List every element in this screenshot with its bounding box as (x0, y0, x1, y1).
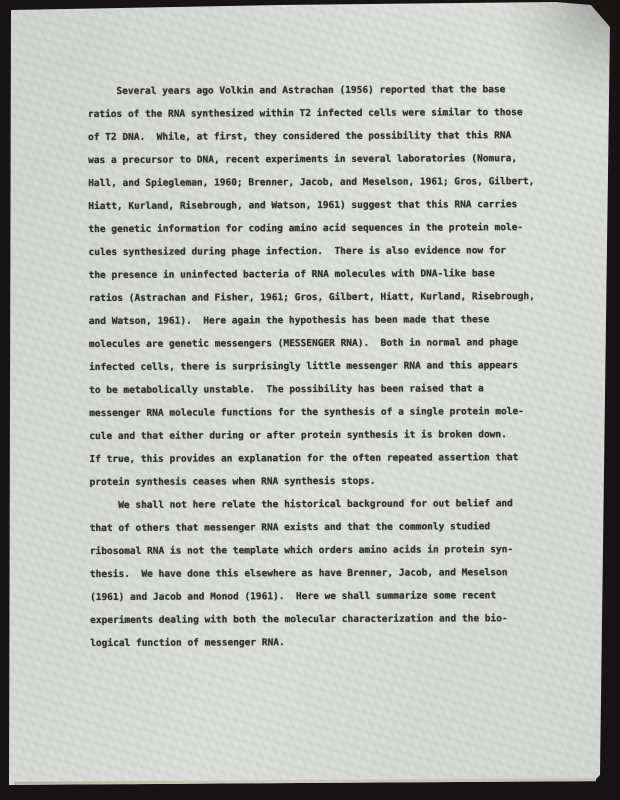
text-line: If true, this provides an explanation fo… (89, 446, 549, 471)
text-line: and Watson, 1961). Here again the hypoth… (89, 308, 549, 333)
text-line: was a precursor to DNA, recent experimen… (88, 147, 548, 172)
text-line: Several years ago Volkin and Astrachan (… (88, 78, 548, 103)
text-line: protein synthesis ceases when RNA synthe… (89, 469, 549, 494)
text-line: the genetic information for coding amino… (88, 216, 548, 241)
text-line: thesis. We have done this elsewhere as h… (90, 561, 550, 586)
text-line: ratios (Astrachan and Fisher, 1961; Gros… (89, 285, 549, 310)
typewritten-text: Several years ago Volkin and Astrachan (… (88, 78, 551, 655)
text-line: cule and that either during or after pro… (89, 423, 549, 448)
text-line: Hiatt, Kurland, Risebrough, and Watson, … (88, 193, 548, 218)
photo-backdrop: Several years ago Volkin and Astrachan (… (0, 0, 620, 800)
text-line: ribosomal RNA is not the template which … (90, 538, 550, 563)
text-line: that of others that messenger RNA exists… (90, 515, 550, 540)
text-line: We shall not here relate the historical … (90, 492, 550, 517)
text-line: experiments dealing with both the molecu… (90, 607, 550, 632)
text-line: to be metabolically unstable. The possib… (89, 377, 549, 402)
text-line: messenger RNA molecule functions for the… (89, 400, 549, 425)
text-line: (1961) and Jacob and Monod (1961). Here … (90, 584, 550, 609)
text-line: cules synthesized during phage infection… (88, 239, 548, 264)
text-line: molecules are genetic messengers (MESSEN… (89, 331, 549, 356)
text-line: of T2 DNA. While, at first, they conside… (88, 124, 548, 149)
text-line: logical function of messenger RNA. (90, 630, 550, 655)
text-line: the presence in uninfected bacteria of R… (89, 262, 549, 287)
text-line: ratios of the RNA synthesized within T2 … (88, 101, 548, 126)
text-line: infected cells, there is surprisingly li… (89, 354, 549, 379)
text-line: Hall, and Spiegleman, 1960; Brenner, Jac… (88, 170, 548, 195)
